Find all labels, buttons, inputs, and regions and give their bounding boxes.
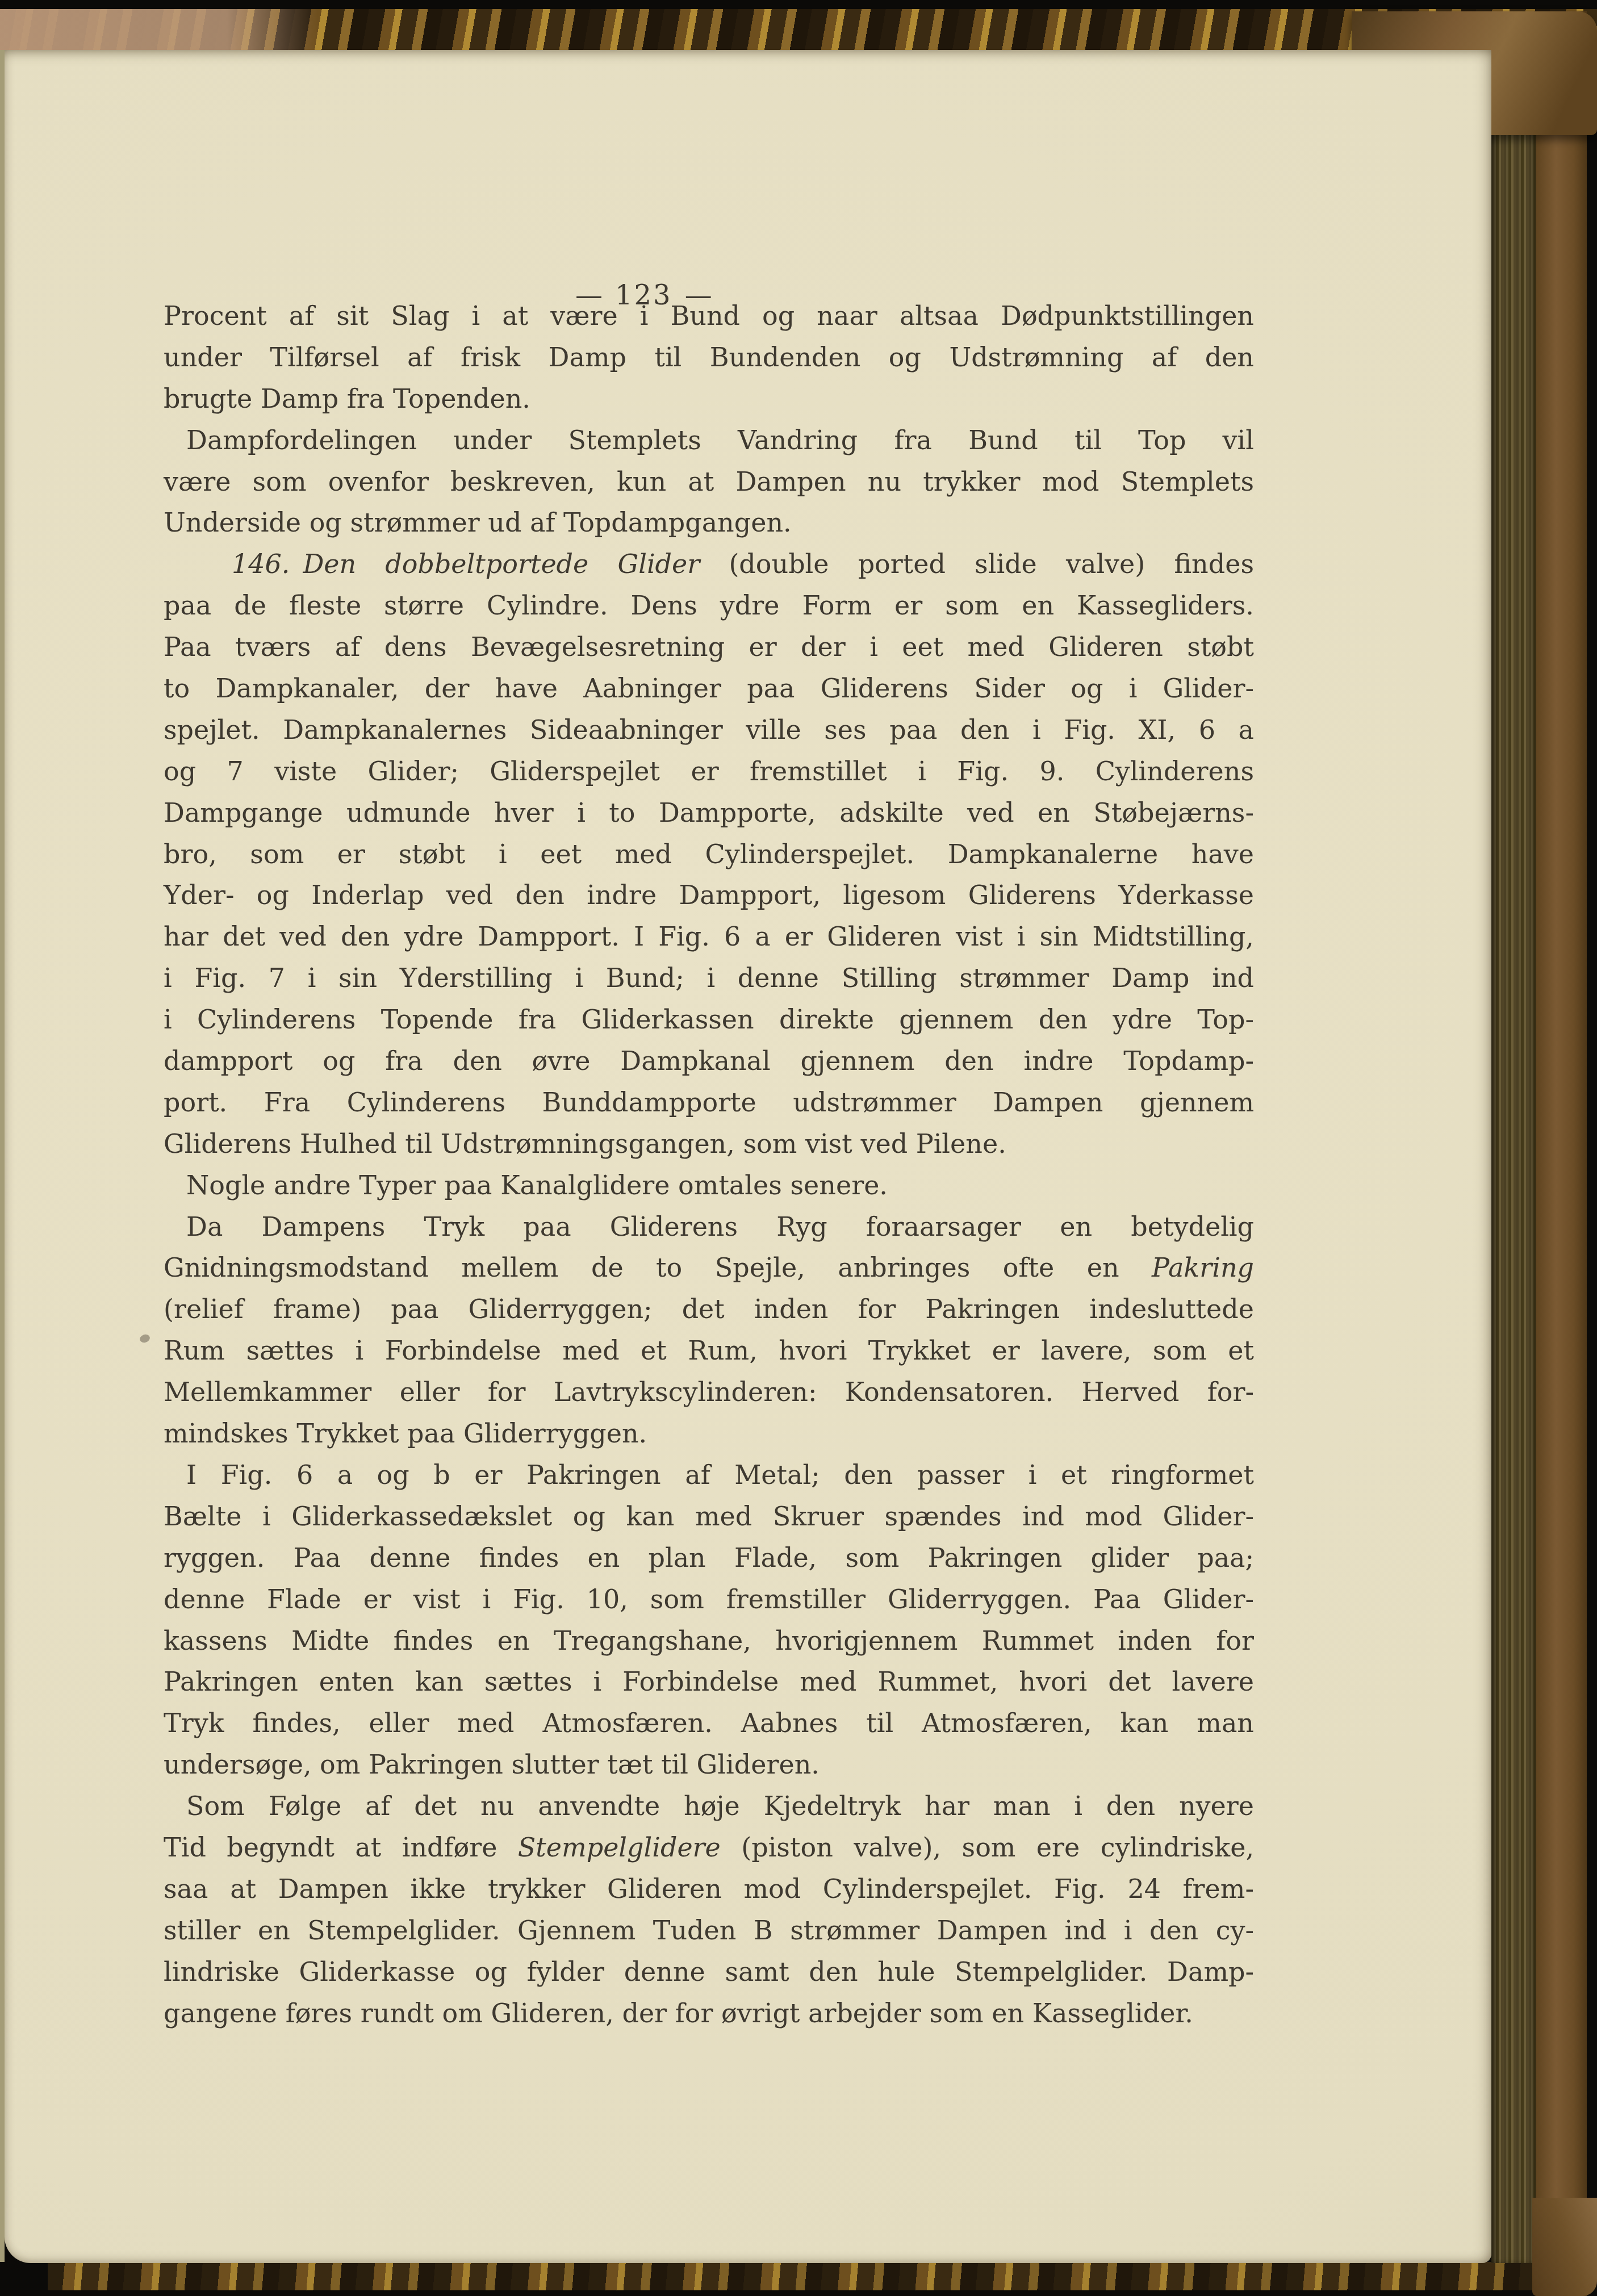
text-segment: (relief frame) paa Gliderryggen; det ind… <box>164 1294 1254 1324</box>
text-segment: bro, som er støbt i eet med Cylinderspej… <box>164 839 1254 869</box>
text-segment: port. Fra Cylinderens Bunddampporte udst… <box>164 1087 1254 1118</box>
text-segment: Yder- og Inderlap ved den indre Dampport… <box>164 880 1254 910</box>
text-segment: Gnidningsmodstand mellem de to Spejle, a… <box>164 1252 1152 1283</box>
text-line: Gnidningsmodstand mellem de to Spejle, a… <box>164 1247 1254 1289</box>
text-line: Paa tværs af dens Bevægelsesretning er d… <box>164 626 1254 668</box>
text-segment: Tid begyndt at indføre <box>164 1832 518 1863</box>
text-segment: lindriske Gliderkasse og fylder denne sa… <box>164 1956 1254 1987</box>
text-line: Procent af sit Slag i at være i Bund og … <box>164 295 1254 337</box>
text-line: Tryk findes, eller med Atmosfæren. Aabne… <box>164 1703 1254 1744</box>
text-line: Gliderens Hulhed til Udstrømningsgangen,… <box>164 1123 1254 1165</box>
text-segment: ryggen. Paa denne findes en plan Flade, … <box>164 1542 1254 1573</box>
leather-cover-right <box>1536 11 1587 2296</box>
text-segment: Som Følge af det nu anvendte høje Kjedel… <box>186 1791 1254 1821</box>
text-line: Yder- og Inderlap ved den indre Dampport… <box>164 875 1254 916</box>
text-line: undersøge, om Pakringen slutter tæt til … <box>164 1744 1254 1785</box>
text-segment: undersøge, om Pakringen slutter tæt til … <box>164 1749 820 1780</box>
text-line: Pakringen enten kan sættes i Forbindelse… <box>164 1661 1254 1703</box>
text-segment: Gliderens Hulhed til Udstrømningsgangen,… <box>164 1128 1006 1159</box>
text-segment: Dampfordelingen under Stemplets Vandring… <box>186 425 1254 455</box>
text-line: lindriske Gliderkasse og fylder denne sa… <box>164 1951 1254 1993</box>
text-line: brugte Damp fra Topenden. <box>164 378 1254 420</box>
text-line: spejlet. Dampkanalernes Sideaabninger vi… <box>164 709 1254 751</box>
text-line: saa at Dampen ikke trykker Glideren mod … <box>164 1868 1254 1910</box>
text-line: og 7 viste Glider; Gliderspejlet er frem… <box>164 751 1254 792</box>
text-segment: stiller en Stempelglider. Gjennem Tuden … <box>164 1915 1254 1946</box>
text-line: port. Fra Cylinderens Bunddampporte udst… <box>164 1082 1254 1123</box>
page-text: Procent af sit Slag i at være i Bund og … <box>164 295 1254 2034</box>
text-line: mindskes Trykket paa Gliderryggen. <box>164 1413 1254 1454</box>
text-segment: i Cylinderens Topende fra Gliderkassen d… <box>164 1004 1254 1035</box>
text-segment: to Dampkanaler, der have Aabninger paa G… <box>164 673 1254 704</box>
text-segment: dampport og fra den øvre Dampkanal gjenn… <box>164 1045 1254 1076</box>
text-segment: Da Dampens Tryk paa Gliderens Ryg foraar… <box>186 1211 1254 1242</box>
text-line: 146. Den dobbeltportede Glider (double p… <box>164 543 1254 585</box>
page-left-edge <box>0 50 5 2262</box>
text-line: gangene føres rundt om Glideren, der for… <box>164 1993 1254 2034</box>
text-segment-italic: Pakring <box>1152 1252 1254 1283</box>
text-line: Underside og strømmer ud af Topdampgange… <box>164 502 1254 543</box>
text-segment: mindskes Trykket paa Gliderryggen. <box>164 1418 647 1449</box>
text-segment: kassens Midte findes en Tregangshane, hv… <box>164 1625 1254 1656</box>
text-line: under Tilførsel af frisk Damp til Bunden… <box>164 337 1254 378</box>
text-line: I Fig. 6 a og b er Pakringen af Metal; d… <box>164 1454 1254 1496</box>
book-fore-edge <box>1491 52 1536 2263</box>
binding-bottom-edge <box>48 2262 1536 2290</box>
text-line: Mellemkammer eller for Lavtrykscylindere… <box>164 1371 1254 1413</box>
text-line: har det ved den ydre Dampport. I Fig. 6 … <box>164 916 1254 957</box>
text-line: Dampfordelingen under Stemplets Vandring… <box>164 420 1254 461</box>
text-segment: være som ovenfor beskreven, kun at Dampe… <box>164 466 1254 497</box>
text-line: i Cylinderens Topende fra Gliderkassen d… <box>164 999 1254 1040</box>
leather-corner-bottom-right <box>1532 2198 1597 2296</box>
text-line: Rum sættes i Forbindelse med et Rum, hvo… <box>164 1330 1254 1371</box>
text-line: bro, som er støbt i eet med Cylinderspej… <box>164 834 1254 875</box>
text-segment: Procent af sit Slag i at være i Bund og … <box>164 300 1254 331</box>
text-segment: (piston valve), som ere cylindriske, <box>721 1832 1254 1863</box>
text-segment: Paa tværs af dens Bevægelsesretning er d… <box>164 631 1254 662</box>
text-line: Tid begyndt at indføre Stempelglidere (p… <box>164 1827 1254 1868</box>
text-line: dampport og fra den øvre Dampkanal gjenn… <box>164 1040 1254 1082</box>
text-segment: Rum sættes i Forbindelse med et Rum, hvo… <box>164 1335 1254 1366</box>
text-line: paa de fleste større Cylindre. Dens ydre… <box>164 585 1254 626</box>
text-segment: Nogle andre Typer paa Kanalglidere omtal… <box>186 1170 888 1201</box>
text-line: Da Dampens Tryk paa Gliderens Ryg foraar… <box>164 1206 1254 1248</box>
text-line: to Dampkanaler, der have Aabninger paa G… <box>164 668 1254 709</box>
text-segment: Mellemkammer eller for Lavtrykscylindere… <box>164 1377 1254 1407</box>
text-segment: Bælte i Gliderkassedækslet og kan med Sk… <box>164 1501 1254 1532</box>
book-photo: —123— Procent af sit Slag i at være i Bu… <box>0 0 1597 2296</box>
text-segment: har det ved den ydre Dampport. I Fig. 6 … <box>164 921 1254 952</box>
text-segment: Dampgange udmunde hver i to Dampporte, a… <box>164 797 1254 828</box>
text-line: stiller en Stempelglider. Gjennem Tuden … <box>164 1910 1254 1951</box>
text-segment: denne Flade er vist i Fig. 10, som frems… <box>164 1584 1254 1615</box>
stray-ink-dot <box>139 1333 151 1344</box>
text-segment: paa de fleste større Cylindre. Dens ydre… <box>164 590 1254 621</box>
text-segment: gangene føres rundt om Glideren, der for… <box>164 1998 1193 2029</box>
text-line: Dampgange udmunde hver i to Dampporte, a… <box>164 792 1254 834</box>
text-segment: og 7 viste Glider; Gliderspejlet er frem… <box>164 756 1254 787</box>
text-line: ryggen. Paa denne findes en plan Flade, … <box>164 1537 1254 1579</box>
text-line: denne Flade er vist i Fig. 10, som frems… <box>164 1579 1254 1620</box>
text-segment-italic: 146. Den dobbeltportede Glider <box>232 549 700 579</box>
text-segment: brugte Damp fra Topenden. <box>164 383 530 414</box>
text-line: Nogle andre Typer paa Kanalglidere omtal… <box>164 1165 1254 1206</box>
text-segment: under Tilførsel af frisk Damp til Bunden… <box>164 342 1254 373</box>
text-segment: i Fig. 7 i sin Yderstilling i Bund; i de… <box>164 963 1254 993</box>
text-segment: I Fig. 6 a og b er Pakringen af Metal; d… <box>186 1459 1254 1490</box>
text-segment: (double ported slide valve) findes <box>700 549 1254 579</box>
text-segment: Pakringen enten kan sættes i Forbindelse… <box>164 1666 1254 1697</box>
text-line: Bælte i Gliderkassedækslet og kan med Sk… <box>164 1496 1254 1537</box>
text-line: kassens Midte findes en Tregangshane, hv… <box>164 1620 1254 1662</box>
book-page: —123— Procent af sit Slag i at være i Bu… <box>5 50 1491 2263</box>
text-segment: Underside og strømmer ud af Topdampgange… <box>164 507 792 538</box>
text-segment: Tryk findes, eller med Atmosfæren. Aabne… <box>164 1708 1254 1738</box>
text-line: Som Følge af det nu anvendte høje Kjedel… <box>164 1785 1254 1827</box>
text-segment: spejlet. Dampkanalernes Sideaabninger vi… <box>164 714 1254 745</box>
text-line: være som ovenfor beskreven, kun at Dampe… <box>164 461 1254 503</box>
text-segment: saa at Dampen ikke trykker Glideren mod … <box>164 1873 1254 1904</box>
text-line: (relief frame) paa Gliderryggen; det ind… <box>164 1289 1254 1330</box>
text-line: i Fig. 7 i sin Yderstilling i Bund; i de… <box>164 957 1254 999</box>
text-segment-italic: Stempelglidere <box>518 1832 721 1863</box>
